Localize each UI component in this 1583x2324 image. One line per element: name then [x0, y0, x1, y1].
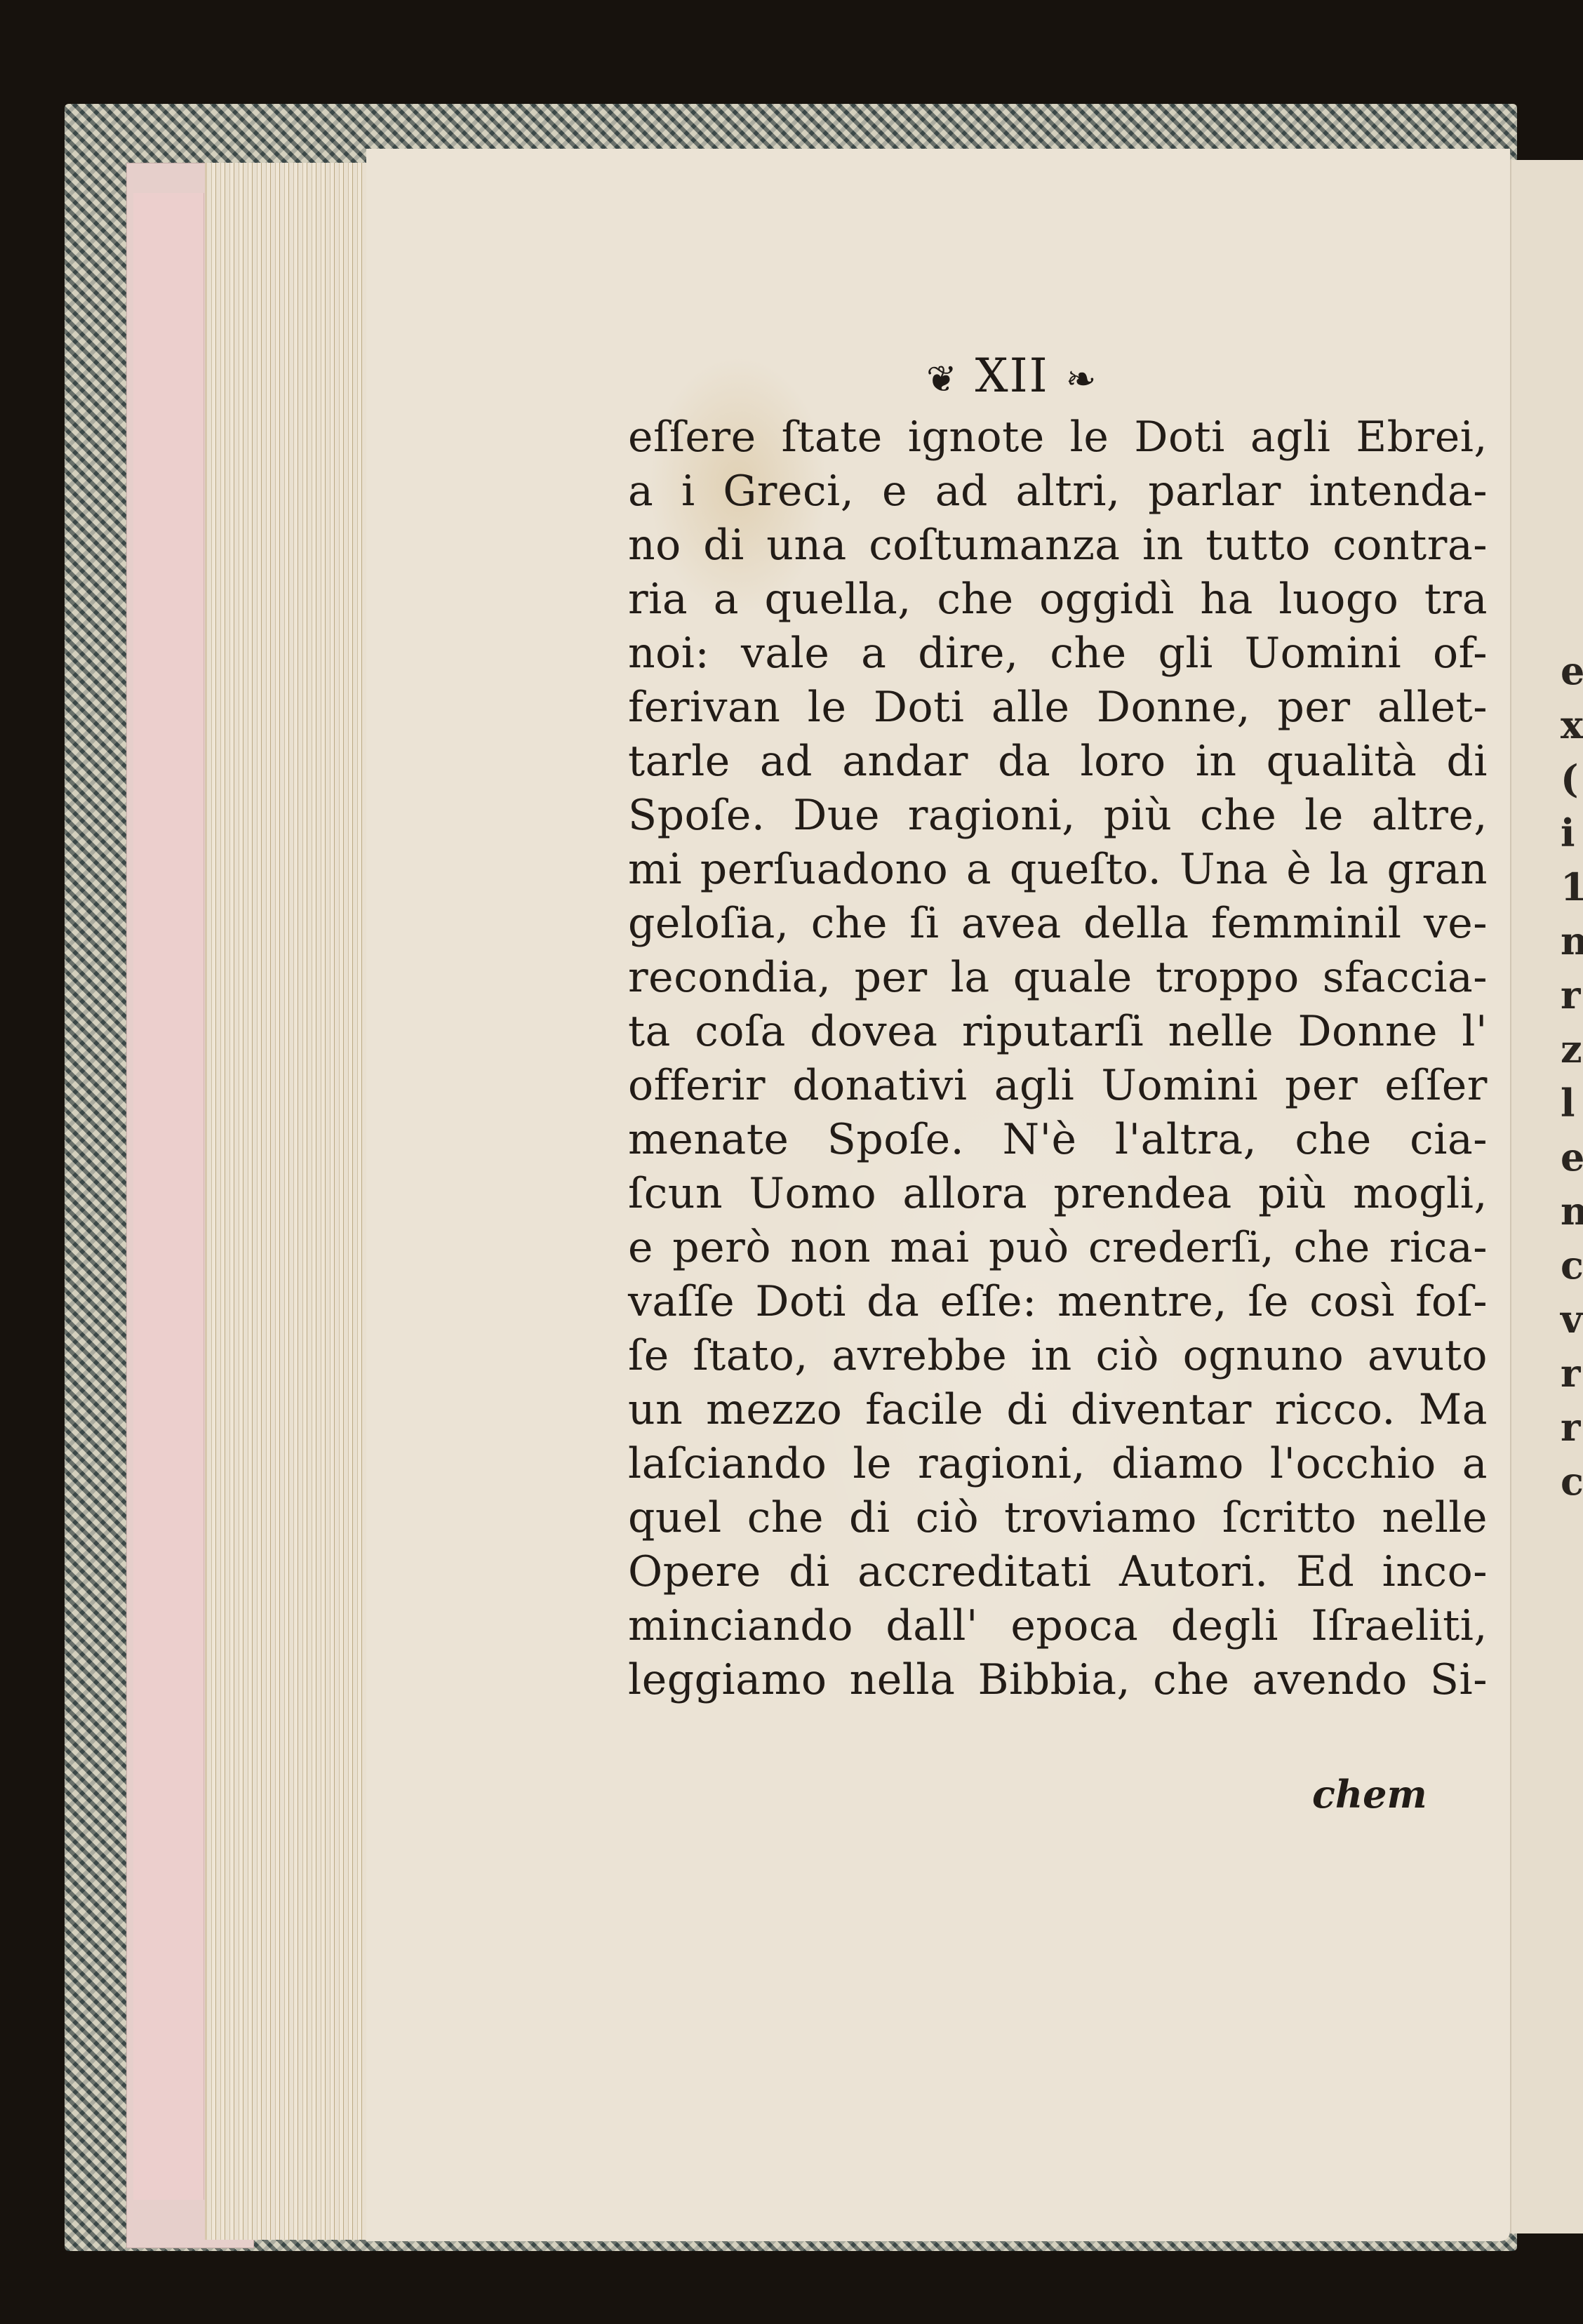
- running-head: ❦XII❧: [926, 349, 1221, 405]
- text-line: mi perſuadono a queſto. Una è la gran: [628, 843, 1488, 897]
- page-number: XII: [975, 349, 1049, 403]
- text-line: vaſſe Doti da eſſe: mentre, ſe così foſ-: [628, 1275, 1488, 1329]
- fleuron-left-icon: ❦: [926, 359, 959, 401]
- catchword: chem: [1312, 1772, 1427, 1817]
- text-line: ferivan le Doti alle Donne, per allet-: [628, 681, 1488, 735]
- body-text: eſſere ſtate ignote le Doti agli Ebrei, …: [628, 410, 1488, 1707]
- text-line: noi: vale a dire, che gli Uomini of-: [628, 627, 1488, 681]
- text-line: ſcun Uomo allora prendea più mogli,: [628, 1167, 1488, 1221]
- text-line: no di una coſtumanza in tutto contra-: [628, 519, 1488, 573]
- text-line: Opere di accreditati Autori. Ed inco-: [628, 1545, 1488, 1599]
- text-line: laſciando le ragioni, diamo l'occhio a: [628, 1437, 1488, 1491]
- text-line: ſe ſtato, avrebbe in ciò ognuno avuto: [628, 1329, 1488, 1383]
- text-line: recondia, per la quale troppo sfaccia-: [628, 951, 1488, 1005]
- text-line: quel che di ciò troviamo ſcritto nelle: [628, 1491, 1488, 1545]
- text-line: a i Greci, e ad altri, parlar intenda-: [628, 465, 1488, 519]
- text-line: offerir donativi agli Uomini per eſſer: [628, 1059, 1488, 1113]
- text-line: un mezzo facile di diventar ricco. Ma: [628, 1383, 1488, 1437]
- fleuron-right-icon: ❧: [1066, 359, 1098, 401]
- text-line: geloſia, che ſi avea della femminil ve-: [628, 897, 1488, 951]
- facing-page-edge: e x ( i 1 n r z l e n c v r r c: [1510, 160, 1583, 2233]
- text-line: ta coſa dovea riputarſi nelle Donne l': [628, 1005, 1488, 1059]
- text-line: menate Spoſe. N'è l'altra, che cia-: [628, 1113, 1488, 1167]
- text-line: minciando dall' epoca degli Iſraeliti,: [628, 1599, 1488, 1653]
- text-line: tarle ad andar da loro in qualità di: [628, 735, 1488, 789]
- facing-page-text-fragment: e x ( i 1 n r z l e n c v r r c: [1561, 644, 1583, 1509]
- page-edge-stack: [205, 163, 370, 2240]
- text-line: ria a quella, che oggidì ha luogo tra: [628, 573, 1488, 627]
- text-line: leggiamo nella Bibbia, che avendo Si-: [628, 1653, 1488, 1707]
- pink-endpaper-inner: [133, 193, 204, 2200]
- text-line: e però non mai può crederſi, che rica-: [628, 1221, 1488, 1275]
- text-line: Spoſe. Due ragioni, più che le altre,: [628, 789, 1488, 843]
- text-line: eſſere ſtate ignote le Doti agli Ebrei,: [628, 410, 1488, 465]
